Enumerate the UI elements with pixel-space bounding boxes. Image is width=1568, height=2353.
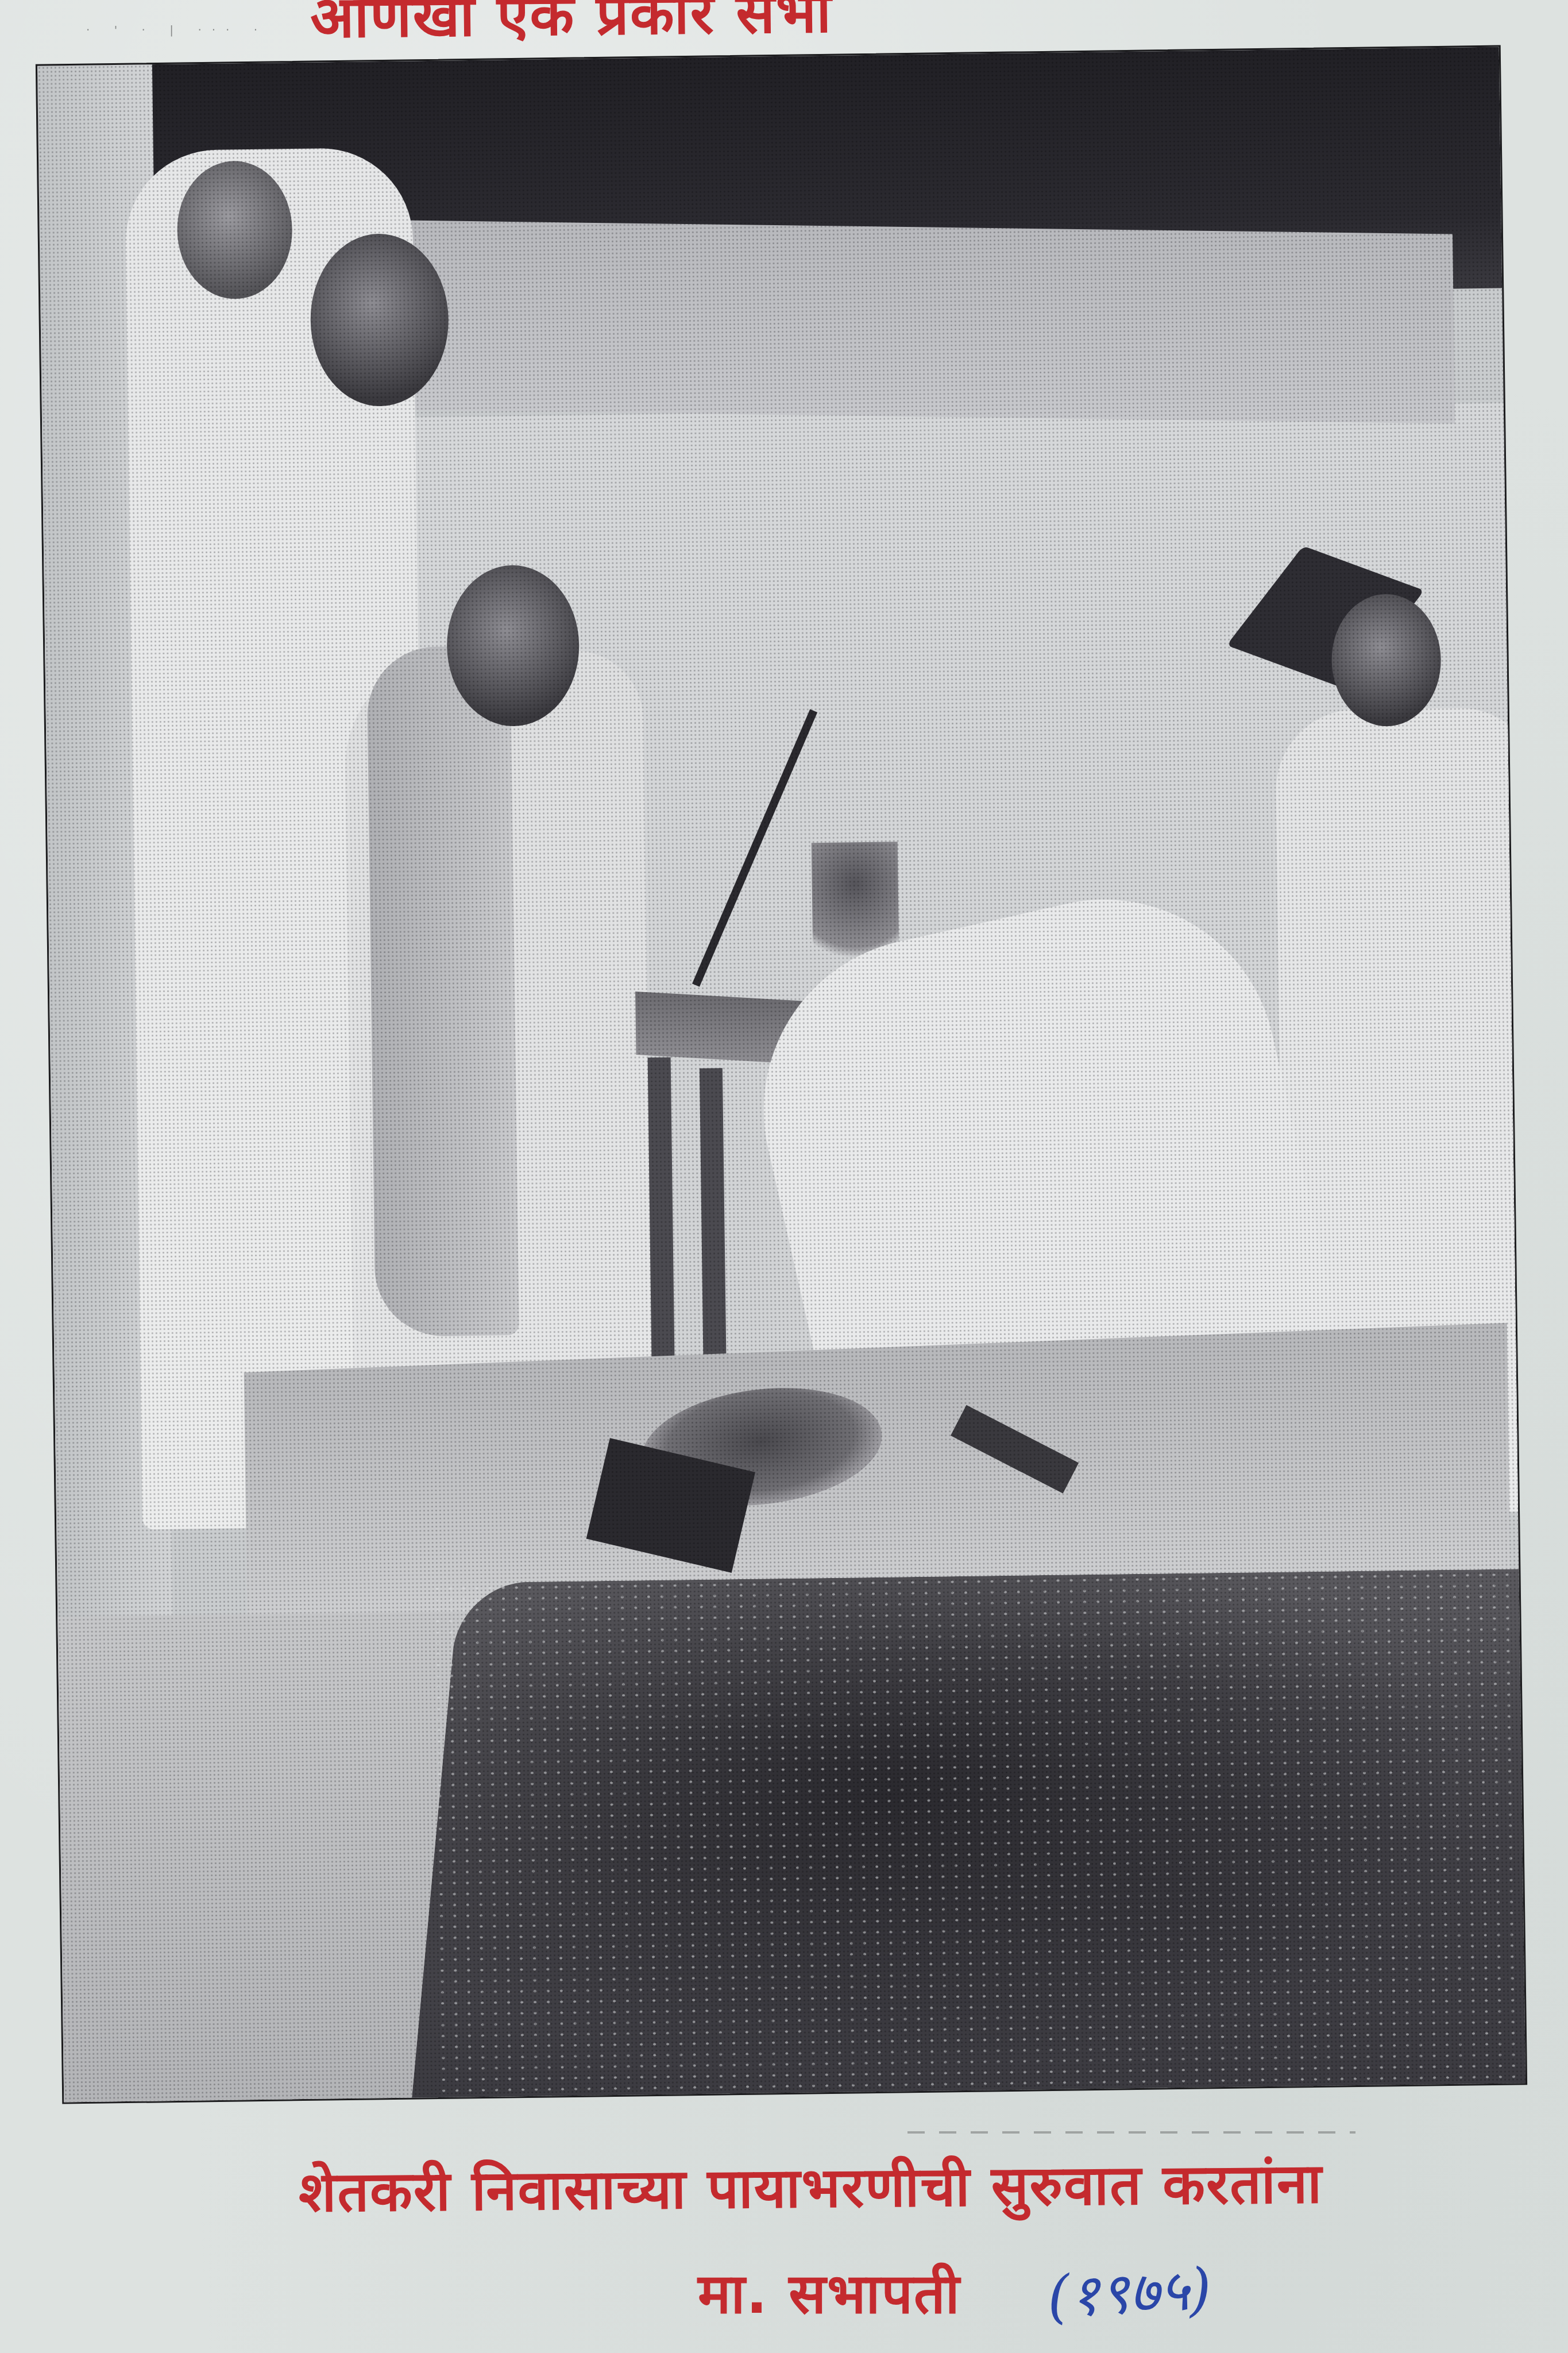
table-leg — [648, 1058, 675, 1379]
person-shawl — [366, 646, 519, 1337]
caption-line-1: शेतकरी निवासाच्या पायाभरणीची सुरुवात करत… — [0, 2142, 1568, 2231]
handwritten-year: (१९७५) — [1045, 2248, 1213, 2335]
photo-wall — [361, 220, 1455, 424]
page-header-fragment: आणखी एक प्रकारे सभा — [310, 0, 832, 55]
pit-texture — [431, 1569, 1528, 2104]
faint-print-marks: · ' · | ··· · — [86, 23, 268, 37]
caption-title: मा. सभापती — [698, 2254, 961, 2329]
caption-line-2: मा. सभापती (१९७५) — [698, 2252, 1211, 2330]
table-leg — [700, 1068, 727, 1390]
ceremony-photograph — [36, 45, 1527, 2104]
faint-print-line — [907, 2131, 1355, 2134]
